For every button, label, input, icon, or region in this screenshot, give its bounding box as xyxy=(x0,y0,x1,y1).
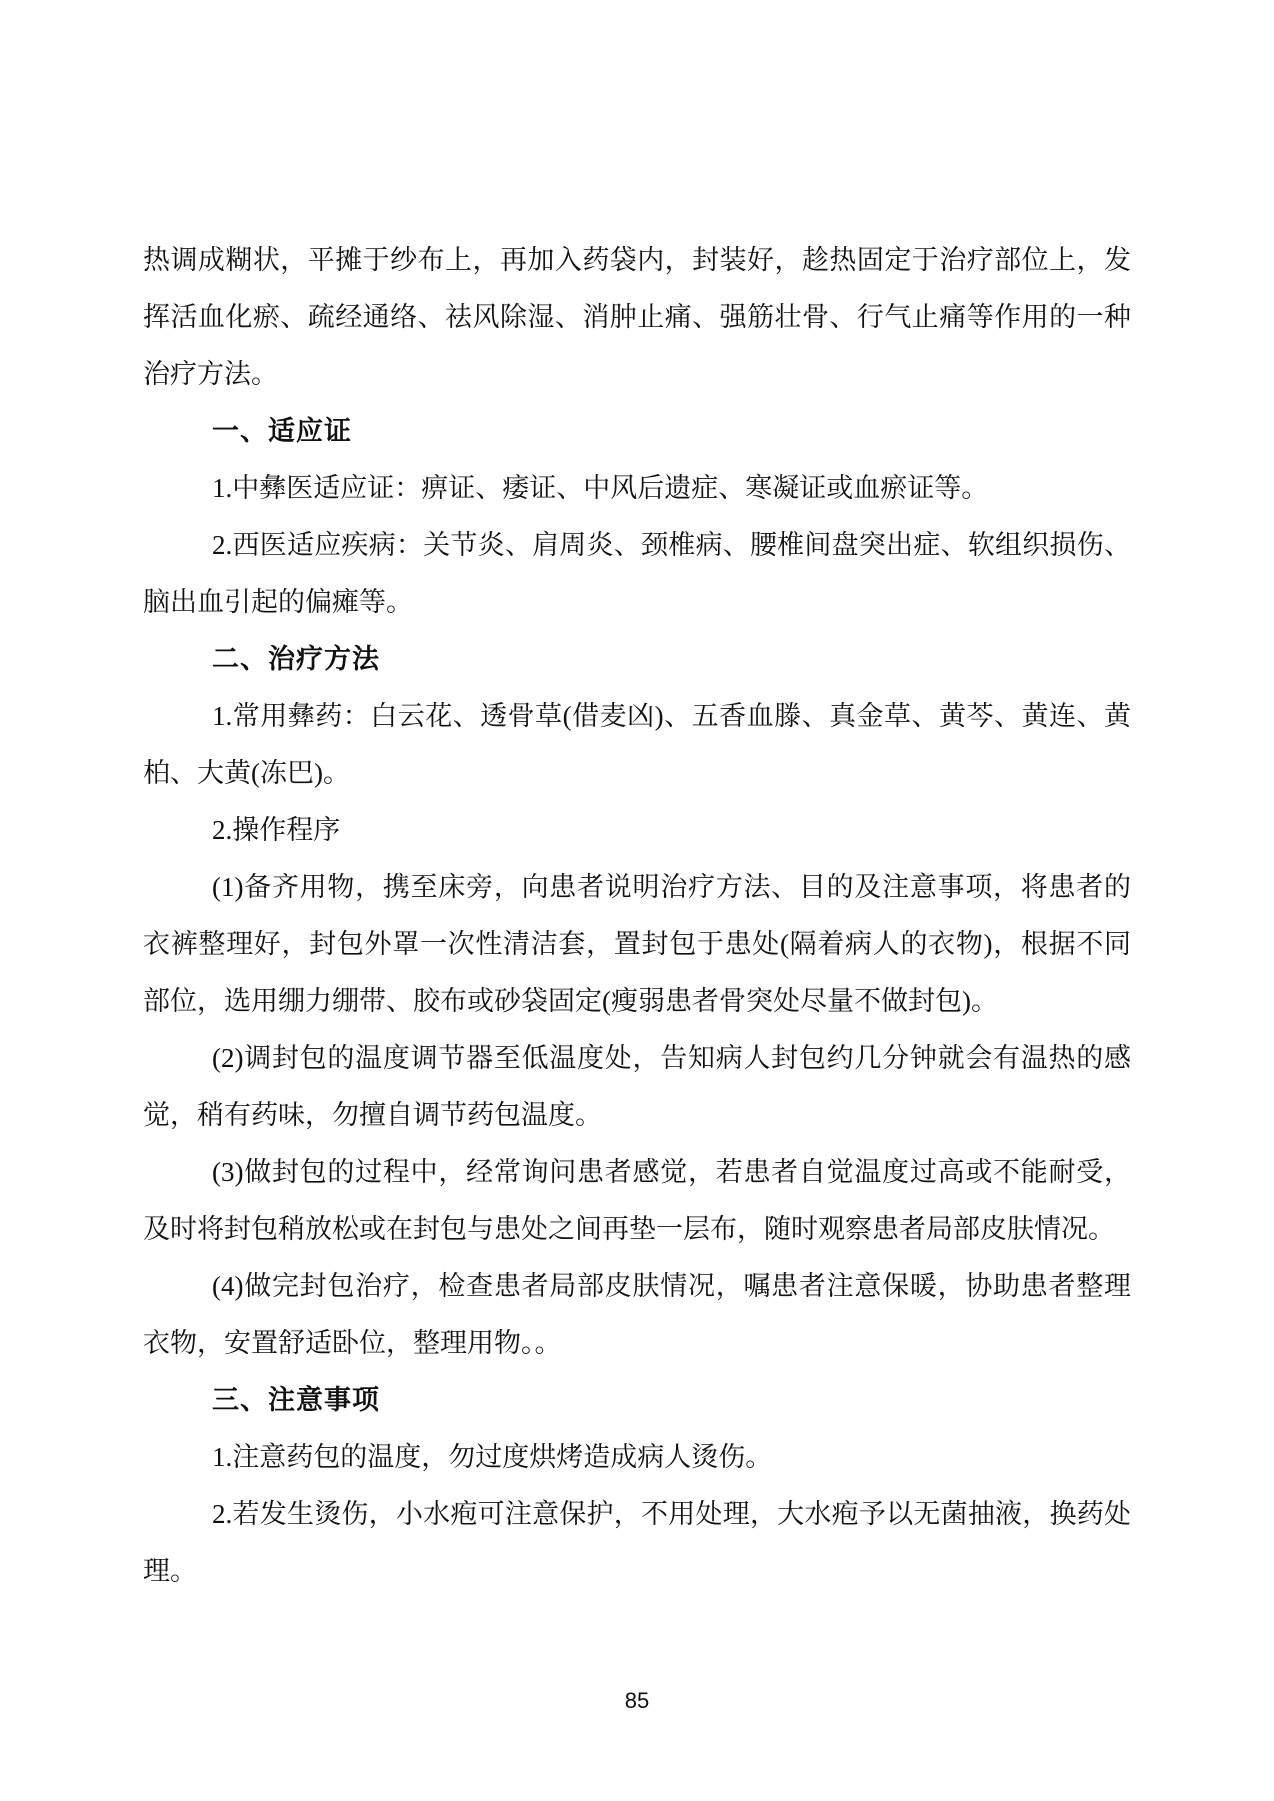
document-page: { "page": { "number": "85" }, "document"… xyxy=(0,0,1274,1801)
paragraph-note-1: 1.注意药包的温度，勿过度烘烤造成病人烫伤。 xyxy=(143,1429,1131,1486)
heading-treatment-method: 二、治疗方法 xyxy=(143,631,1131,688)
paragraph-note-2: 2.若发生烫伤，小水疱可注意保护，不用处理，大水疱予以无菌抽液，换药处理。 xyxy=(143,1486,1131,1600)
heading-precautions: 三、注意事项 xyxy=(143,1372,1131,1429)
paragraph-step-3: (3)做封包的过程中，经常询问患者感觉，若患者自觉温度过高或不能耐受，及时将封包… xyxy=(143,1144,1131,1258)
paragraph-step-1: (1)备齐用物，携至床旁，向患者说明治疗方法、目的及注意事项，将患者的衣裤整理好… xyxy=(143,859,1131,1030)
paragraph-western-indications: 2.西医适应疾病：关节炎、肩周炎、颈椎病、腰椎间盘突出症、软组织损伤、脑出血引起… xyxy=(143,517,1131,631)
page-number: 85 xyxy=(0,1686,1274,1716)
document-body: 热调成糊状，平摊于纱布上，再加入药袋内，封装好，趁热固定于治疗部位上，发挥活血化… xyxy=(143,232,1131,1600)
paragraph-step-4: (4)做完封包治疗，检查患者局部皮肤情况，嘱患者注意保暖，协助患者整理衣物，安置… xyxy=(143,1258,1131,1372)
paragraph-common-herbs: 1.常用彝药：白云花、透骨草(借麦凶)、五香血滕、真金草、黄芩、黄连、黄柏、大黄… xyxy=(143,688,1131,802)
heading-indications: 一、适应证 xyxy=(143,403,1131,460)
paragraph-intro: 热调成糊状，平摊于纱布上，再加入药袋内，封装好，趁热固定于治疗部位上，发挥活血化… xyxy=(143,232,1131,403)
paragraph-step-2: (2)调封包的温度调节器至低温度处，告知病人封包约几分钟就会有温热的感觉，稍有药… xyxy=(143,1030,1131,1144)
paragraph-tcm-indications: 1.中彝医适应证：痹证、痿证、中风后遗症、寒凝证或血瘀证等。 xyxy=(143,460,1131,517)
paragraph-procedure-title: 2.操作程序 xyxy=(143,802,1131,859)
